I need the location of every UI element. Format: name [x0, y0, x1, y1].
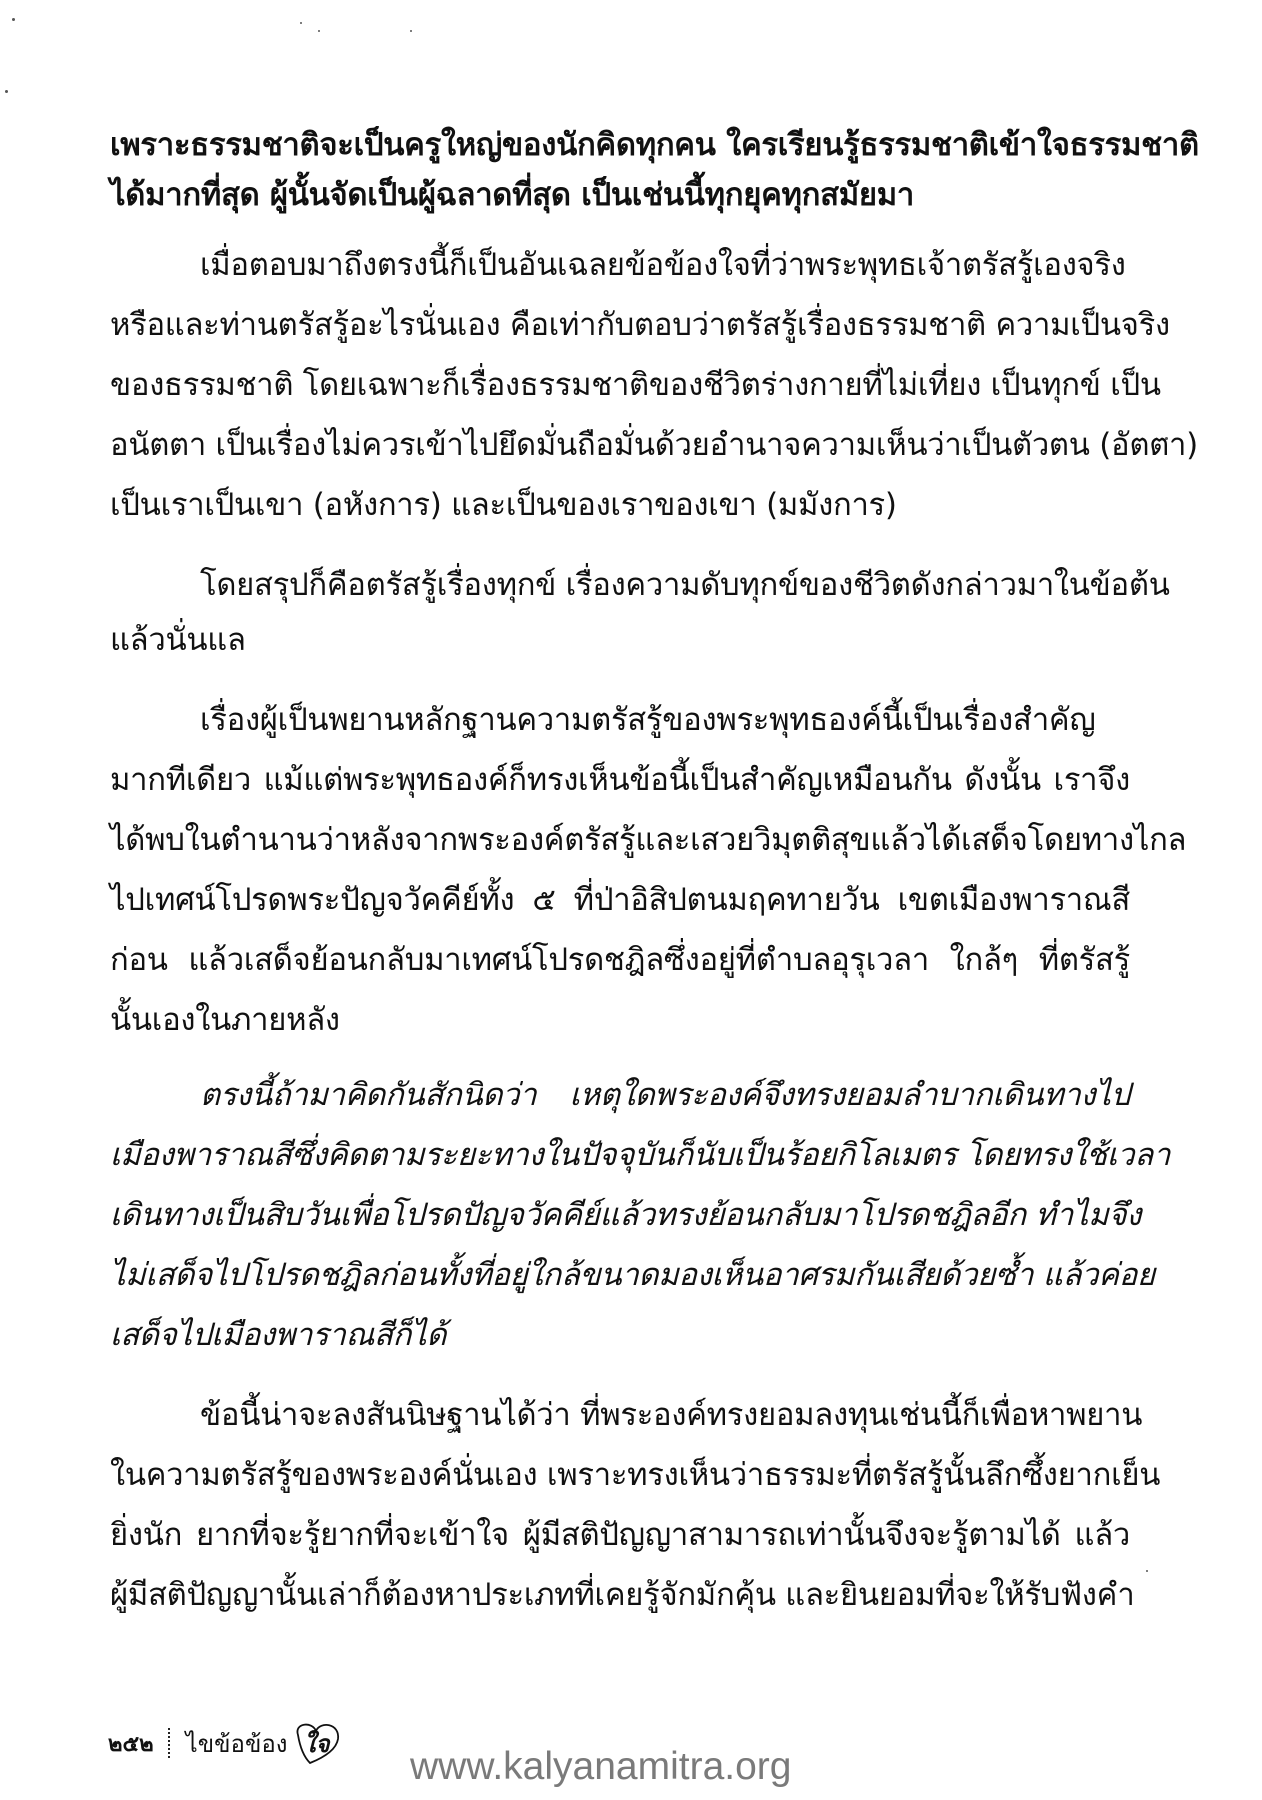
opening-line: เพราะธรรมชาติจะเป็นครูใหญ่ของนักคิดทุกคน… [110, 125, 1130, 165]
page-footer: ๒๕๒ ไขข้อข้อง ใจ [108, 1718, 344, 1768]
watermark-url: www.kalyanamitra.org [410, 1745, 791, 1789]
paragraph-line: ยิ่งนัก ยากที่จะรู้ยากที่จะเข้าใจ ผู้มีส… [110, 1515, 1130, 1555]
paragraph-line: ผู้มีสติปัญญานั้นเล่าก็ต้องหาประเภทที่เค… [110, 1575, 1130, 1615]
opening-line: ได้มากที่สุด ผู้นั้นจัดเป็นผู้ฉลาดที่สุด… [110, 175, 1130, 215]
heart-icon: ใจ [290, 1721, 344, 1765]
scan-speck [318, 30, 320, 32]
book-page: เพราะธรรมชาติจะเป็นครูใหญ่ของนักคิดทุกคน… [0, 0, 1262, 1800]
paragraph-line: มากทีเดียว แม้แต่พระพุทธองค์ก็ทรงเห็นข้อ… [110, 760, 1130, 800]
chapter-title: ไขข้อข้อง ใจ [186, 1721, 344, 1765]
paragraph-line-italic: ไม่เสด็จไปโปรดชฎิลก่อนทั้งที่อยู่ใกล้ขนา… [110, 1255, 1130, 1295]
footer-divider [168, 1728, 172, 1758]
paragraph-line: เรื่องผู้เป็นพยานหลักฐานความตรัสรู้ของพร… [200, 700, 1130, 740]
paragraph-line-italic: เดินทางเป็นสิบวันเพื่อโปรดปัญจวัคคีย์แล้… [110, 1195, 1130, 1235]
paragraph-line: เป็นเราเป็นเขา (อหังการ) และเป็นของเราขอ… [110, 485, 1130, 525]
paragraph-line: นั้นเองในภายหลัง [110, 1000, 1130, 1040]
paragraph-line: ได้พบในตำนานว่าหลังจากพระองค์ตรัสรู้และเ… [110, 820, 1130, 860]
paragraph-line: ไปเทศน์โปรดพระปัญจวัคคีย์ทั้ง ๕ ที่ป่าอิ… [110, 880, 1130, 920]
paragraph-line: หรือและท่านตรัสรู้อะไรนั่นเอง คือเท่ากับ… [110, 305, 1130, 345]
page-number: ๒๕๒ [108, 1726, 154, 1761]
scan-speck [300, 22, 302, 24]
chapter-title-prefix: ไขข้อข้อง [186, 1724, 288, 1763]
paragraph-line: โดยสรุปก็คือตรัสรู้เรื่องทุกข์ เรื่องควา… [200, 565, 1130, 605]
chapter-title-heart-word: ใจ [304, 1724, 330, 1763]
scan-speck [410, 30, 412, 32]
scan-speck [5, 90, 8, 93]
paragraph-line-italic: เสด็จไปเมืองพาราณสีก็ได้ [110, 1315, 1130, 1355]
paragraph-line: อนัตตา เป็นเรื่องไม่ควรเข้าไปยึดมั่นถือม… [110, 425, 1130, 465]
scan-speck [1146, 1570, 1148, 1572]
paragraph-line-italic: เมืองพาราณสีซึ่งคิดตามระยะทางในปัจจุบันก… [110, 1135, 1130, 1175]
scan-speck [12, 18, 15, 21]
paragraph-line: ข้อนี้น่าจะลงสันนิษฐานได้ว่า ที่พระองค์ท… [200, 1395, 1130, 1435]
paragraph-line: แล้วนั่นแล [110, 620, 1130, 660]
paragraph-line-italic: ตรงนี้ถ้ามาคิดกันสักนิดว่า เหตุใดพระองค์… [200, 1075, 1130, 1115]
paragraph-line: เมื่อตอบมาถึงตรงนี้ก็เป็นอันเฉลยข้อข้องใ… [200, 245, 1130, 285]
paragraph-line: ของธรรมชาติ โดยเฉพาะก็เรื่องธรรมชาติของช… [110, 365, 1130, 405]
paragraph-line: ในความตรัสรู้ของพระองค์นั่นเอง เพราะทรงเ… [110, 1455, 1130, 1495]
paragraph-line: ก่อน แล้วเสด็จย้อนกลับมาเทศน์โปรดชฎิลซึ่… [110, 940, 1130, 980]
